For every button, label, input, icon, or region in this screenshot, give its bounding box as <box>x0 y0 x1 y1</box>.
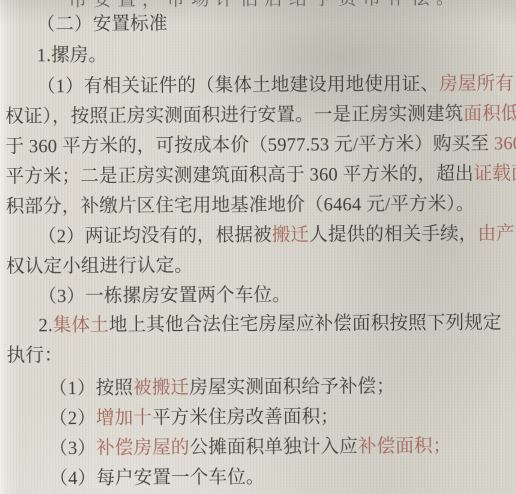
text-line: 权认定小组进行认定。 <box>6 254 193 279</box>
text-segment: 被搬迁 <box>133 378 189 398</box>
text-segment: 证载面 <box>474 164 516 184</box>
text-segment: 360 <box>494 134 516 154</box>
text-segment: 于 360 平方米的，可按成本价（5977.53 元/平方米）购买至 <box>5 135 494 158</box>
text-segment: 人提供的相关手续， <box>309 225 477 246</box>
text-segment: 权证），按照正房实测面积进行安置。一是正房实测建筑 <box>5 105 463 128</box>
text-line: （1）按照被搬迁房屋实测面积给予补偿； <box>49 375 395 401</box>
text-line: （2）两证均没有的，根据被搬迁人提供的相关手续，由产 <box>38 222 515 249</box>
text-segment: （3）一栋摞房安置两个车位。 <box>38 286 291 308</box>
photo-background: 币安置，市场评估后给予货币补偿。（二）安置标准1.摞房。（1）有相关证件的（集体… <box>0 0 516 494</box>
text-line: 1.摞房。 <box>37 44 108 68</box>
text-line: （4）每户安置一个车位。 <box>49 466 264 491</box>
text-segment: （二）安置标准 <box>37 15 168 36</box>
text-segment: 由产 <box>477 224 515 244</box>
text-line: 积部分，补缴片区住宅用地基准地价（6464 元/平方米）。 <box>6 193 475 220</box>
text-line: 2.集体土地上其他合法住宅房屋应补偿面积按照下列规定 <box>38 312 501 339</box>
text-line: 于 360 平方米的，可按成本价（5977.53 元/平方米）购买至 360 <box>5 132 516 159</box>
text-segment: 2. <box>38 316 52 336</box>
text-segment: 地上其他合法住宅房屋应补偿面积按照下列规定 <box>109 314 502 336</box>
text-line: 平方米；二是正房实测建筑面积高于 360 平方米的，超出证载面 <box>5 162 516 189</box>
text-segment: 权认定小组进行认定。 <box>6 256 193 277</box>
text-segment: 币安置，市场评估后给予货币补偿。 <box>68 0 460 11</box>
text-line: 执行： <box>7 344 63 368</box>
text-line: （2）增加十平方米住房改善面积； <box>49 406 339 432</box>
text-segment: （4）每户安置一个车位。 <box>49 468 264 489</box>
text-segment: 房屋实测面积给予补偿； <box>189 377 395 398</box>
text-segment: （2）两证均没有的，根据被 <box>38 226 272 247</box>
text-segment: （2） <box>49 409 96 429</box>
text-segment: 面积低 <box>463 104 516 124</box>
text-segment: 平方米住房改善面积； <box>152 408 339 429</box>
text-segment: （1）有相关证件的（集体土地建设用地使用证、 <box>37 75 439 97</box>
document-photo-page: { "colors": { "paper": "#d9d6ce", "text_… <box>0 0 516 494</box>
text-segment: 积部分，补缴片区住宅用地基准地价（6464 元/平方米）。 <box>6 195 475 218</box>
text-line: （3）一栋摞房安置两个车位。 <box>38 284 291 310</box>
text-line: 权证），按照正房实测面积进行安置。一是正房实测建筑面积低 <box>5 102 516 129</box>
text-line: （3）补偿房屋的公摊面积单独计入应补偿面积； <box>49 435 451 461</box>
text-line: （1）有相关证件的（集体土地建设用地使用证、房屋所有 <box>37 72 514 99</box>
document-text-block: 币安置，市场评估后给予货币补偿。（二）安置标准1.摞房。（1）有相关证件的（集体… <box>0 0 516 494</box>
text-segment: 公摊面积单独计入应 <box>190 437 358 458</box>
text-segment: 补偿面积； <box>358 437 452 458</box>
text-segment: （3） <box>49 439 96 459</box>
text-line: 币安置，市场评估后给予货币补偿。 <box>68 0 460 13</box>
text-line: （二）安置标准 <box>37 13 168 38</box>
text-segment: 平方米；二是正房实测建筑面积高于 360 平方米的，超出 <box>6 165 474 188</box>
text-segment: （1）按照 <box>49 379 133 400</box>
text-segment: 执行： <box>7 346 63 366</box>
text-segment: 补偿房屋的 <box>96 438 190 459</box>
text-segment: 增加十 <box>96 409 152 429</box>
text-segment: 搬迁 <box>272 226 310 246</box>
text-segment: 房屋所有 <box>439 74 514 94</box>
text-segment: 1.摞房。 <box>37 46 108 66</box>
text-segment: 集体土 <box>53 316 109 336</box>
